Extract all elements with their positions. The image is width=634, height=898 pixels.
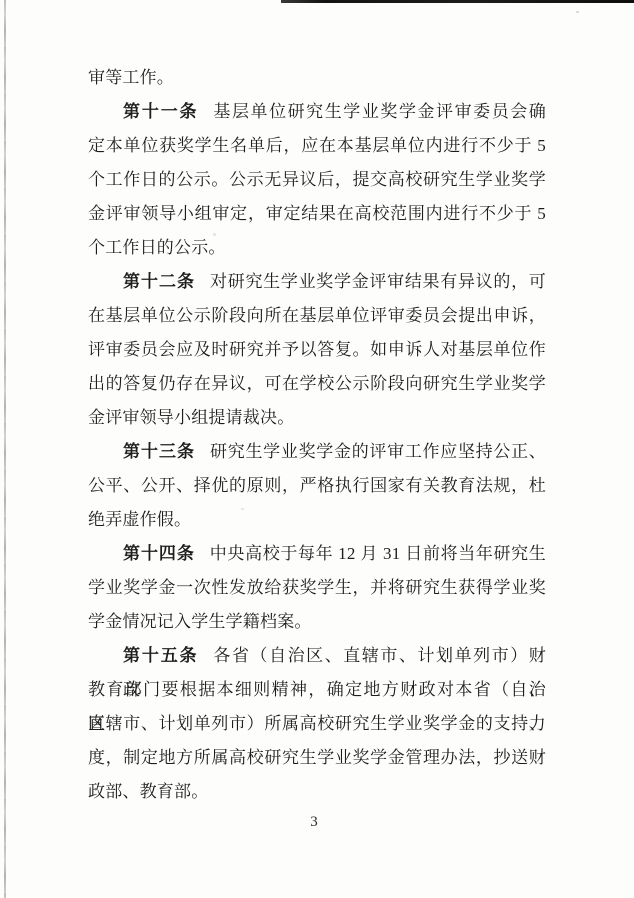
text-line-article-15: 第十五条各省（自治区、直辖市、计划单列市）财政、 <box>88 639 546 673</box>
scan-artifact-top-bar <box>281 0 634 3</box>
text-line: 度，制定地方所属高校研究生学业奖学金管理办法，抄送财 <box>88 741 546 775</box>
document-body: 审等工作。 第十一条基层单位研究生学业奖学金评审委员会确 定本单位获奖学生名单后… <box>88 61 546 809</box>
line-text: 对研究生学业奖学金评审结果有异议的，可 <box>210 272 546 291</box>
scanned-document-page: 审等工作。 第十一条基层单位研究生学业奖学金评审委员会确 定本单位获奖学生名单后… <box>0 0 634 898</box>
text-line: 个工作日的公示。 <box>88 231 546 265</box>
line-text: 研究生学业奖学金的评审工作应坚持公正、 <box>210 442 546 461</box>
text-line: 个工作日的公示。公示无异议后，提交高校研究生学业奖学 <box>88 163 546 197</box>
text-line-article-13: 第十三条研究生学业奖学金的评审工作应坚持公正、 <box>88 435 546 469</box>
text-line: 教育部门要根据本细则精神，确定地方财政对本省（自治区、 <box>88 673 546 707</box>
text-line: 金评审领导小组提请裁决。 <box>88 401 546 435</box>
text-line-article-12: 第十二条对研究生学业奖学金评审结果有异议的，可 <box>88 265 546 299</box>
text-line: 金评审领导小组审定，审定结果在高校范围内进行不少于 5 <box>88 197 546 231</box>
scan-speck <box>576 11 579 13</box>
scan-artifact-left-edge <box>4 0 6 898</box>
text-line: 评审委员会应及时研究并予以答复。如申诉人对基层单位作 <box>88 333 546 367</box>
article-number: 第十四条 <box>123 544 195 563</box>
text-line: 出的答复仍存在异议，可在学校公示阶段向研究生学业奖学 <box>88 367 546 401</box>
text-line: 学业奖学金一次性发放给获奖学生，并将研究生获得学业奖 <box>88 571 546 605</box>
text-line: 直辖市、计划单列市）所属高校研究生学业奖学金的支持力 <box>88 707 546 741</box>
article-number: 第十三条 <box>123 442 195 461</box>
text-line: 公平、公开、择优的原则，严格执行国家有关教育法规，杜 <box>88 469 546 503</box>
article-number: 第十五条 <box>123 646 198 665</box>
article-number: 第十二条 <box>123 272 195 291</box>
text-line-article-14: 第十四条中央高校于每年 12 月 31 日前将当年研究生 <box>88 537 546 571</box>
text-line-article-11: 第十一条基层单位研究生学业奖学金评审委员会确 <box>88 95 546 129</box>
page-number: 3 <box>0 812 628 832</box>
text-line: 审等工作。 <box>88 61 546 95</box>
text-line: 政部、教育部。 <box>88 775 546 809</box>
text-line: 学金情况记入学生学籍档案。 <box>88 605 546 639</box>
article-number: 第十一条 <box>123 102 198 121</box>
line-text: 基层单位研究生学业奖学金评审委员会确 <box>213 102 546 121</box>
text-line: 绝弄虚作假。 <box>88 503 546 537</box>
line-text: 中央高校于每年 12 月 31 日前将当年研究生 <box>210 544 546 563</box>
text-line: 在基层单位公示阶段向所在基层单位评审委员会提出申诉， <box>88 299 546 333</box>
text-line: 定本单位获奖学生名单后，应在本基层单位内进行不少于 5 <box>88 129 546 163</box>
